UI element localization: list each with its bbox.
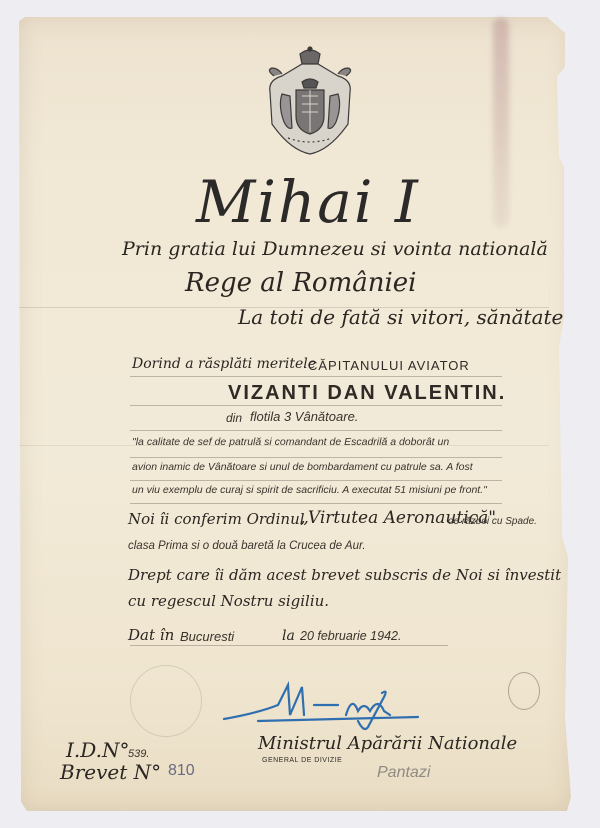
circle-mark (508, 672, 540, 710)
closing-line: cu regescul Nostru sigiliu. (128, 592, 329, 610)
page-title: Mihai I (196, 168, 420, 236)
recipient-name: VIZANTI DAN VALENTIN. (228, 382, 506, 405)
citation-line: avion inamic de Vânătoare si unul de bom… (132, 461, 473, 473)
paper-stain (493, 18, 509, 228)
brevet-label: Brevet N° (60, 760, 161, 784)
award-prefix: Noi îi conferim Ordinul (128, 510, 305, 528)
minister-rank: GENERAL DE DIVIZIE (262, 757, 342, 764)
closing-line: Drept care îi dăm acest brevet subscris … (128, 566, 561, 584)
romanian-royal-coat-of-arms-icon (260, 46, 360, 156)
recipient-rank: CĂPITANULUI AVIATOR (308, 358, 470, 373)
rule-line (130, 430, 502, 431)
rule-line (130, 645, 448, 646)
award-class: clasa Prima si o două baretă la Crucea d… (128, 540, 366, 552)
issue-place: Bucuresti (180, 629, 234, 644)
reference-label: I.D.N° (66, 738, 129, 762)
royal-signature: Mihai (218, 675, 438, 735)
date-mid: la (282, 628, 295, 644)
royal-title: Rege al României (185, 268, 417, 298)
rule-line (130, 480, 502, 481)
recipient-unit: flotila 3 Vânătoare. (250, 409, 358, 424)
unit-prefix: din (226, 411, 242, 425)
minister-signature: Pantazi (377, 764, 430, 782)
svg-text:Mihai: Mihai (218, 675, 222, 676)
date-prefix: Dat în (128, 626, 174, 644)
minister-title: Ministrul Apărării Nationale (258, 733, 517, 754)
rule-line (130, 376, 502, 377)
award-suffix: de război cu Spade. (448, 516, 537, 527)
greeting: La toti de fată si vitori, sănătate (238, 305, 563, 329)
embossed-seal (130, 665, 202, 737)
rule-line (130, 457, 502, 458)
reference-number: 539. (128, 748, 149, 760)
brevet-number: 810 (168, 762, 195, 780)
citation-line: "la calitate de sef de patrulă si comand… (132, 436, 449, 448)
rule-line (130, 503, 502, 504)
body-intro: Dorind a răsplăti meritele (132, 356, 316, 372)
citation-line: un viu exemplu de curaj si spirit de sac… (132, 484, 487, 496)
issue-date: 20 februarie 1942. (300, 629, 401, 643)
rule-line (130, 405, 502, 406)
royal-formula: Prin gratia lui Dumnezeu si vointa natio… (122, 238, 548, 260)
